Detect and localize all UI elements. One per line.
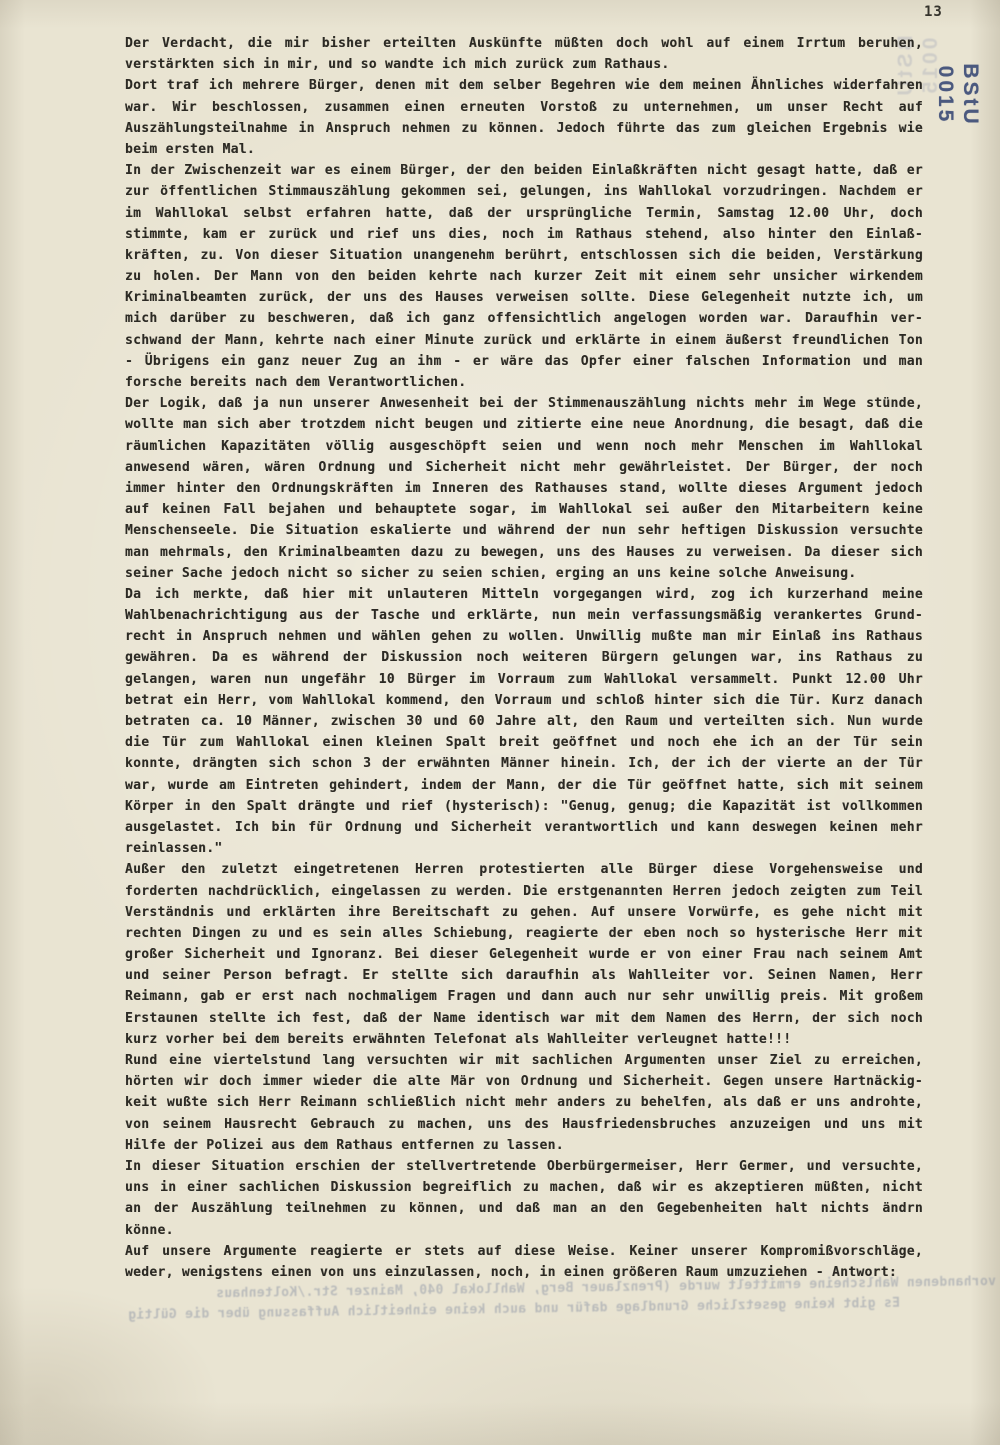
text-line-p7: von seinem Hausrecht Gebrauch zu machen,… <box>125 1114 923 1135</box>
text-line-p6: Verständnis und erklärten ihre Bereitsch… <box>125 902 923 923</box>
text-line-p7: keit wußte sich Herr Reimann schließlich… <box>125 1092 923 1113</box>
text-line-p5: war, wurde am Eintreten gehindert, indem… <box>125 775 923 796</box>
text-line-p6: und seiner Person befragt. Er stellte si… <box>125 965 923 986</box>
text-line-p4: anwesend wären, wären Ordnung und Sicher… <box>125 457 923 478</box>
text-line-p5: betrat ein Herr, vom Wahllokal kommend, … <box>125 690 923 711</box>
text-line-p9: Auf unsere Argumente reagierte er stets … <box>125 1241 923 1262</box>
text-line-p8: könne. <box>125 1220 923 1241</box>
text-line-p4: auf keinen Fall bejahen und behauptete s… <box>125 499 923 520</box>
text-line-p7: Rund eine viertelstund lang versuchten w… <box>125 1050 923 1071</box>
text-line-p5: betraten ca. 10 Männer, zwischen 30 und … <box>125 711 923 732</box>
stamp-line-2: 0015 <box>933 49 958 141</box>
text-line-p3: Kriminalbeamten zurück, der uns des Haus… <box>125 287 923 308</box>
text-line-p7: hörten wir doch immer wieder die alte Mä… <box>125 1071 923 1092</box>
text-line-p3: forsche bereits nach dem Verantwortliche… <box>125 372 923 393</box>
bstu-stamp: BStU 0015 <box>933 49 983 141</box>
text-line-p3: In der Zwischenzeit war es einem Bürger,… <box>125 160 923 181</box>
text-line-p6: rechten Dingen zu und es sein alles Schi… <box>125 923 923 944</box>
typewritten-text-body: Der Verdacht, die mir bisher erteilten A… <box>125 33 923 1283</box>
text-line-p2: beim ersten Mal. <box>125 139 923 160</box>
text-line-p8: In dieser Situation erschien der stellve… <box>125 1156 923 1177</box>
page-number: 13 <box>924 4 943 20</box>
text-line-p6: forderten nachdrücklich, eingelassen zu … <box>125 881 923 902</box>
text-line-p5: Körper in den Spalt drängte und rief (hy… <box>125 796 923 817</box>
text-line-p4: wollte man sich aber trotzdem nicht beug… <box>125 414 923 435</box>
text-line-p6: großer Sicherheit und Ignoranz. Bei dies… <box>125 944 923 965</box>
text-line-p5: Wahlbenachrichtigung aus der Tasche und … <box>125 605 923 626</box>
text-line-p6: Erstaunen stellte ich fest, daß der Name… <box>125 1008 923 1029</box>
text-line-p3: schwand der Mann, kehrte nach einer Minu… <box>125 330 923 351</box>
text-line-p5: ausgelastet. Ich bin für Ordnung und Sic… <box>125 817 923 838</box>
scanned-document-page: 13 BStU 0015 BStU 0015 Der Verdacht, die… <box>0 0 1000 1445</box>
text-line-p3: - Übrigens ein ganz neuer Zug an ihm - e… <box>125 351 923 372</box>
text-line-p2: Auszählungsteilnahme in Anspruch nehmen … <box>125 118 923 139</box>
text-line-p5: gelangen, waren nun ungefähr 10 Bürger i… <box>125 669 923 690</box>
text-line-p2: war. Wir beschlossen, zusammen einen ern… <box>125 97 923 118</box>
text-line-p6: kurz vorher bei dem bereits erwähnten Te… <box>125 1029 923 1050</box>
stamp-line-1: BStU <box>958 49 983 141</box>
text-line-p1: Der Verdacht, die mir bisher erteilten A… <box>125 33 923 54</box>
text-line-p3: im Wahllokal selbst erfahren hatte, daß … <box>125 203 923 224</box>
text-line-p3: kräften, zu. Von dieser Situation unange… <box>125 245 923 266</box>
text-line-p3: zur öffentlichen Stimmauszählung gekomme… <box>125 181 923 202</box>
text-line-p4: Menschenseele. Die Situation eskalierte … <box>125 520 923 541</box>
text-line-p6: Reimann, gab er erst nach nochmaligem Fr… <box>125 986 923 1007</box>
text-line-p4: man mehrmals, den Kriminalbeamten dazu z… <box>125 542 923 563</box>
text-line-p6: Außer den zuletzt eingetretenen Herren p… <box>125 859 923 880</box>
text-line-p5: reinlassen." <box>125 838 923 859</box>
text-line-p1: verstärkten sich in mir, und so wandte i… <box>125 54 923 75</box>
text-line-p5: die Tür zum Wahllokal einen kleinen Spal… <box>125 732 923 753</box>
text-line-p5: gewähren. Da es während der Diskussion n… <box>125 647 923 668</box>
text-line-p2: Dort traf ich mehrere Bürger, denen mit … <box>125 75 923 96</box>
text-line-p3: stimmte, kam er zurück und rief uns dies… <box>125 224 923 245</box>
text-line-p4: räumlichen Kapazitäten völlig ausgeschöp… <box>125 436 923 457</box>
text-line-p8: uns in einer sachlichen Diskussion begre… <box>125 1177 923 1198</box>
text-line-p8: an der Auszählung teilnehmen zu können, … <box>125 1198 923 1219</box>
text-line-p3: mich darüber zu beschweren, daß ich ganz… <box>125 308 923 329</box>
text-line-p5: recht in Anspruch nehmen und wählen gehe… <box>125 626 923 647</box>
text-line-p4: immer hinter den Ordnungskräften im Inne… <box>125 478 923 499</box>
text-line-p7: Hilfe der Polizei aus dem Rathaus entfer… <box>125 1135 923 1156</box>
text-line-p5: konnte, drängten sich schon 3 der erwähn… <box>125 753 923 774</box>
text-line-p4: seiner Sache jedoch nicht so sicher zu s… <box>125 563 923 584</box>
text-line-p5: Da ich merkte, daß hier mit unlauteren M… <box>125 584 923 605</box>
text-line-p4: Der Logik, daß ja nun unserer Anwesenhei… <box>125 393 923 414</box>
text-line-p3: zu holen. Der Mann von den beiden kehrte… <box>125 266 923 287</box>
